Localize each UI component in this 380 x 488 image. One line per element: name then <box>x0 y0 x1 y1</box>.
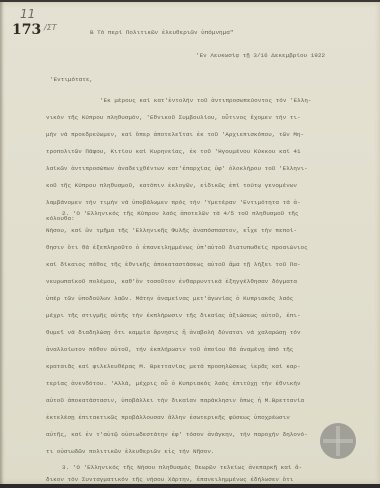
document-page: 11 173 /ΣΤ Β Τό περί Πολιτικῶν ἐλευθεριῶ… <box>0 2 380 484</box>
body-line: νευρωπαϊκοῦ πολέμου, καθ'ὅν τοσοῦτον ἐνθ… <box>46 278 297 286</box>
body-line: ὑπέρ τῶν ὑποδούλων λαῶν. Μάτην ἀναμείνας… <box>46 295 293 303</box>
document-title: Β Τό περί Πολιτικῶν ἐλευθεριῶν ὑπόμνημα" <box>90 29 233 37</box>
body-line: ἐκτελέσῃ ἐπιτακτικῶς προβάλλουσαν ἄλλην … <box>46 414 290 422</box>
body-line: αὐτῆς, καί ἐν τ'αὐτῷ οὐσιωδεστάτην ἐφ' τ… <box>46 431 308 439</box>
folio-sub-mark: /ΣΤ <box>44 23 57 32</box>
page-edge-shadow <box>0 2 4 484</box>
body-line: κραταιᾶς καί φιλελευθέρας Μ. Βρεττανίας … <box>46 363 301 371</box>
body-line: λαϊκῶν ἀντιπροσώπων ἀναδειχθέντων κατ'ἐπ… <box>46 165 308 173</box>
body-line: κοῦ τῆς Κύπρου πληθυσμοῦ, κατόπιν ἐκλογῶ… <box>46 182 297 190</box>
body-line: μήν νά προεδρεύωμεν, καί ὅπερ ἀποτελεῖτα… <box>46 131 304 139</box>
salutation: 'Εντιμότατε, <box>50 76 93 84</box>
folio-number: 173 <box>12 22 41 38</box>
body-line: μέχρι τῆς στιγμῆς αὐτῆς τήν ἐκπλήρωσιν τ… <box>46 312 301 320</box>
body-line: τροπολιτῶν Πάφου, Κιτίου καί Κυρηνείας, … <box>46 148 301 156</box>
body-line: Νήσου, καί ὤν τμῆμα τῆς 'Ελληνικῆς Φυλῆς… <box>46 227 297 235</box>
folio-pencil-mark: 11 <box>20 7 35 21</box>
dateline: 'Εν Λευκωσίᾳ τῇ 3/16 Δεκεμβρίου 1922 <box>196 52 325 60</box>
page-bottom-edge <box>0 484 380 488</box>
body-line: τι οὐσιωδῶν πολιτικῶν ἐλευθεριῶν εἰς τήν… <box>46 448 215 456</box>
body-line: 'Εκ μέρους καί κατ'ἐντολήν τοῦ ἀντιπροσω… <box>100 97 312 105</box>
body-line: θυμεῖ νά διαδηλώσῃ ὅτι καμμία ἄρνησις ἤ … <box>46 329 301 337</box>
body-line: λαμβάνομεν τήν τιμήν νά ὑποβάλωμεν πρός … <box>46 199 301 207</box>
paragraph-2-line: 2. 'Ο 'Ελληνικός τῆς Κύπρου λαός ἀποτελῶ… <box>62 210 299 218</box>
body-line: δικον τόν Συνταγματικόν τῆς νήσου Χάρτην… <box>46 476 293 484</box>
body-line: ἀναλλοίωτον πόθον αὐτοῦ, τήν ἐκπλήρωσιν … <box>46 346 293 354</box>
body-line: νικόν τῆς Κύπρου πληθυσμόν, 'Εθνικοῦ Συμ… <box>46 114 301 122</box>
body-line: θησιν ὅτι θά ἐξεπληροῦτο ὁ ἐπανειλημμένω… <box>46 244 308 252</box>
archive-stamp-icon <box>320 423 356 459</box>
body-line: καί δίκαιος πόθος τῆς ἐθνικῆς ἀποκαταστά… <box>46 261 301 269</box>
paragraph-3-line: 3. 'Ο 'Ελληνικός τῆς Νήσου πληθυσμός θεω… <box>62 464 302 472</box>
body-line: αὐτοῦ ἀποκατάστασιν, ὑποβάλλει τήν δικαί… <box>46 397 304 405</box>
body-line: τερίας ἀνενδότου. 'Αλλά, μέχρις οὗ ὁ Κυπ… <box>46 380 301 388</box>
